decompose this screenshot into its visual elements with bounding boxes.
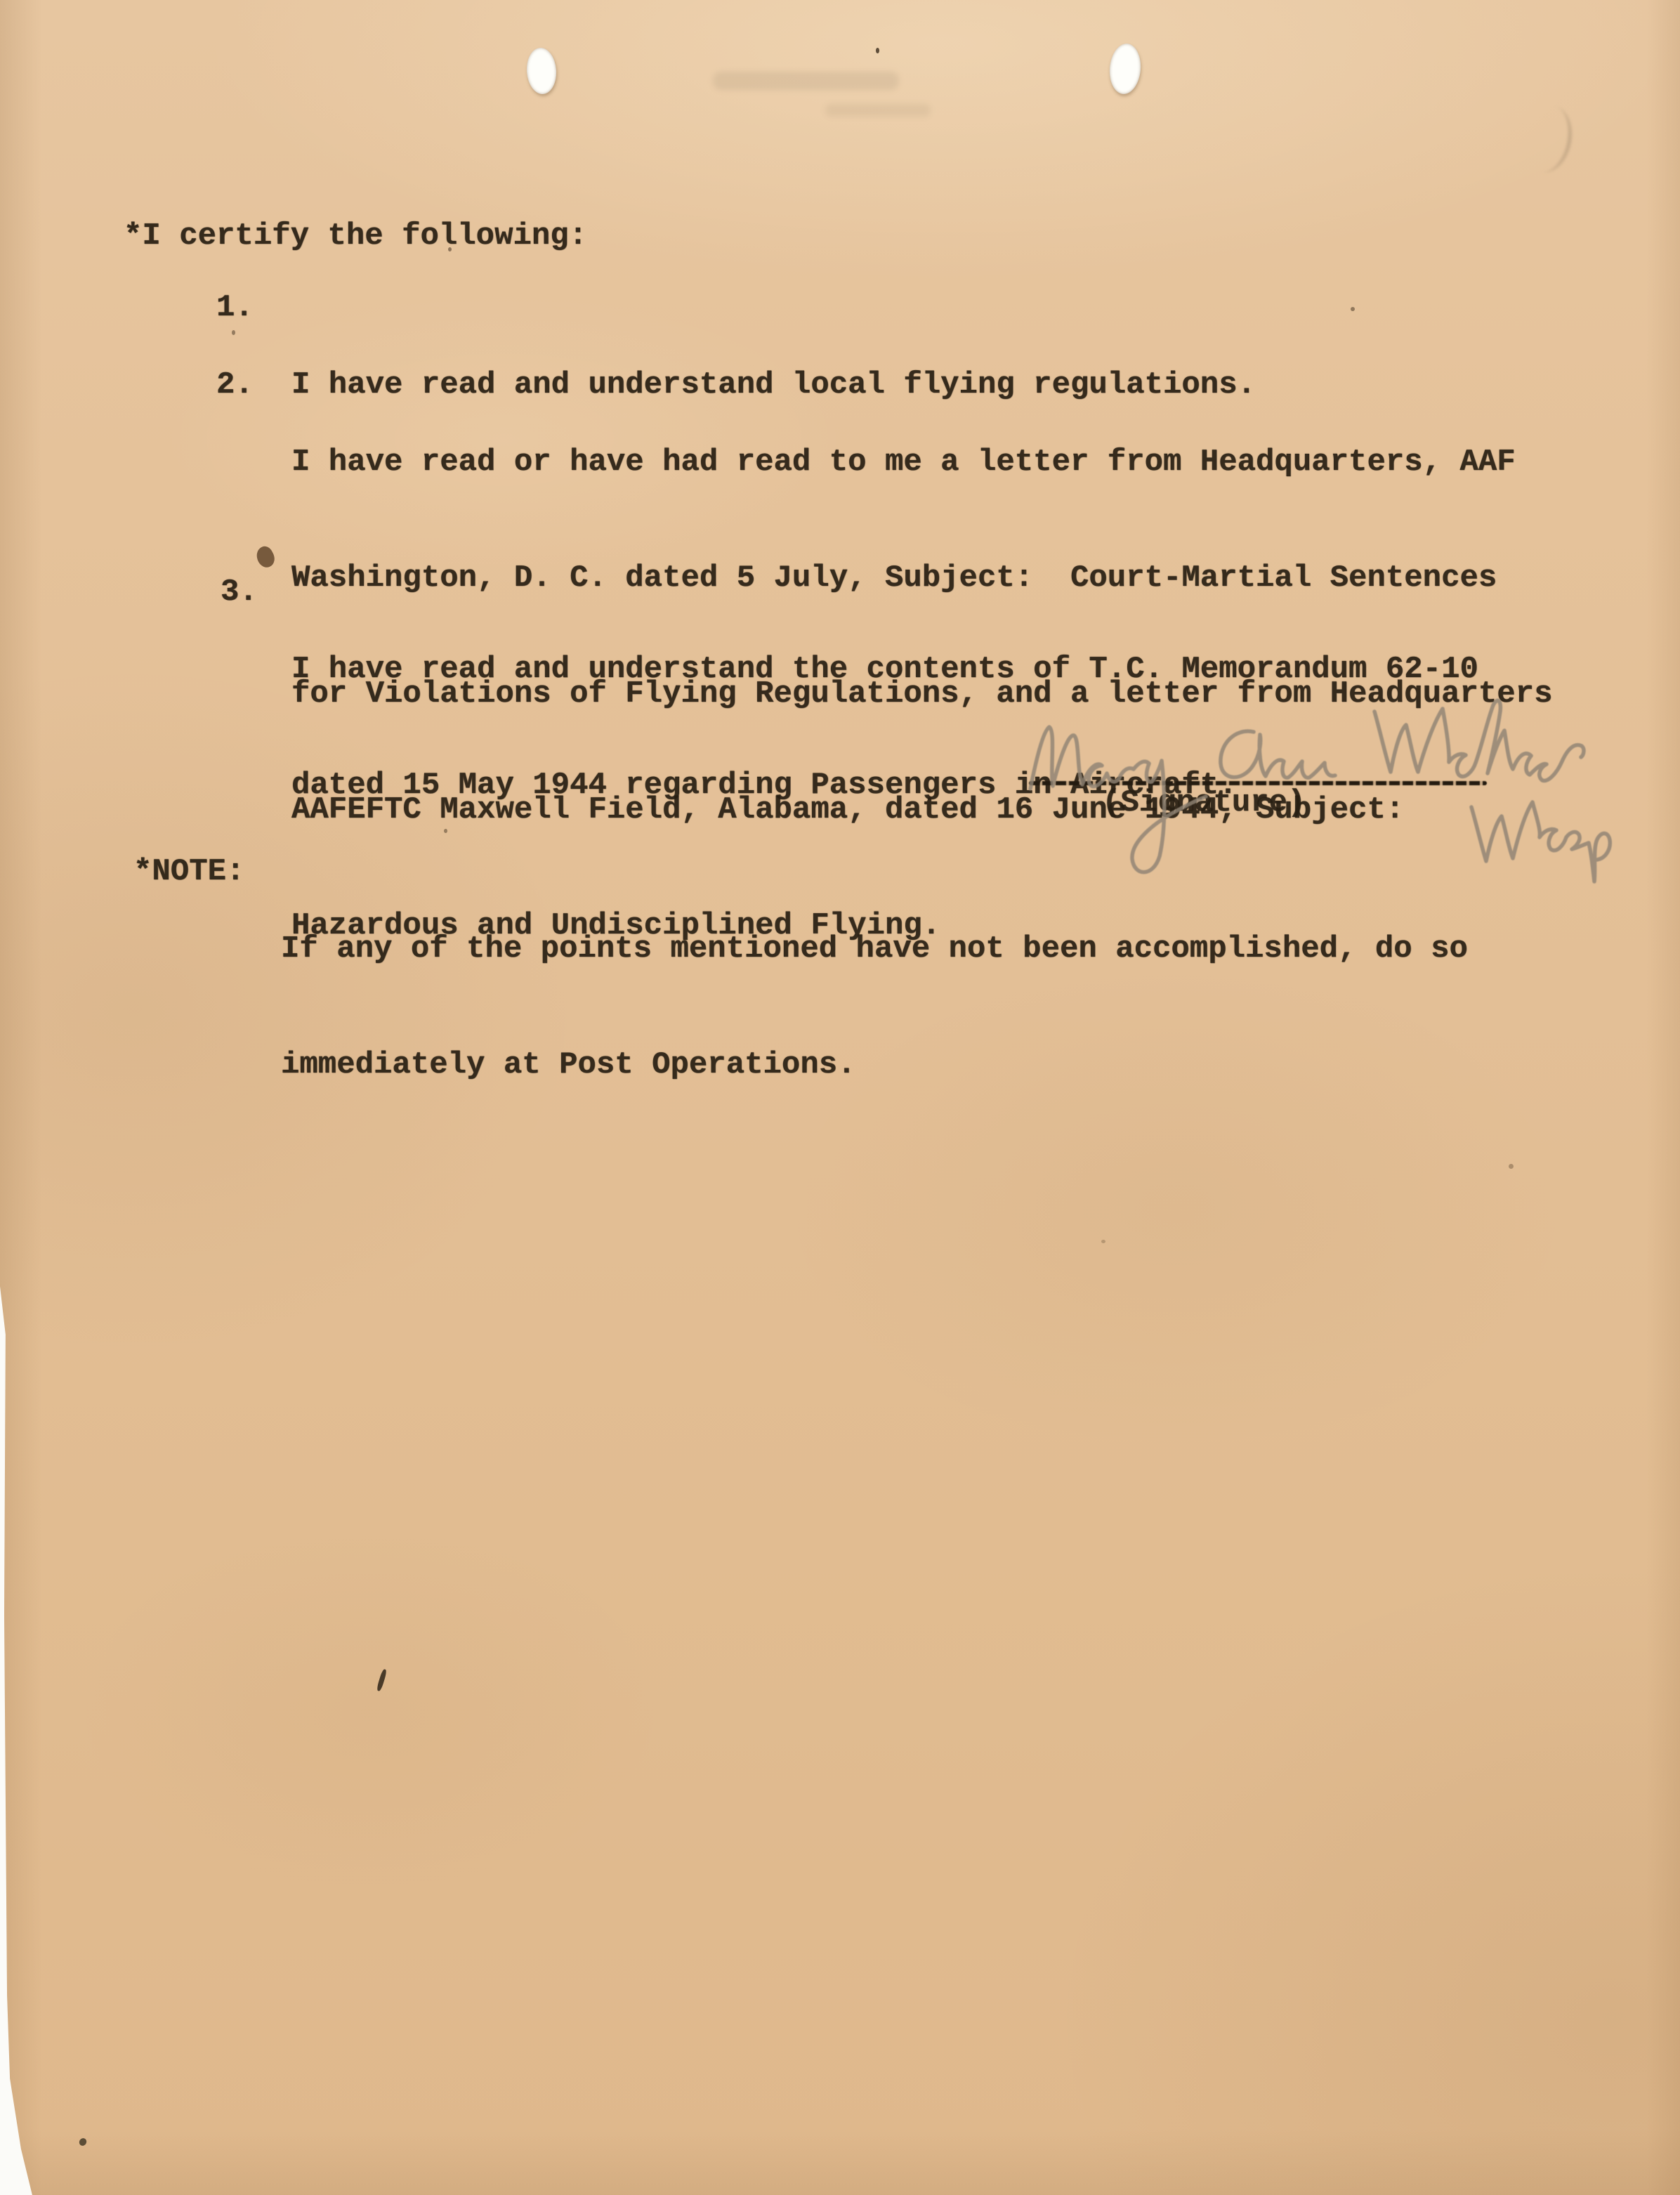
signature-title-text: WASP [0,0,1,1]
ink-speck [876,48,879,53]
bleedthrough-smudge [713,72,899,90]
signature-name-text: Mary Ann Walker [0,0,1,1]
item-1-number: 1. [216,289,254,327]
dust-speck [1101,1240,1105,1243]
scanned-document-page: *I certify the following: 1. I have read… [0,0,1680,2195]
dust-speck [448,247,452,251]
note-text: If any of the points mentioned have not … [281,853,1468,1162]
item-2-number: 2. [216,366,254,405]
item-2-line: I have read or have had read to me a let… [291,443,1553,482]
punch-hole-left [525,47,558,96]
item-3-number: 3. [221,573,258,612]
note-label: *NOTE: [133,853,244,891]
dust-speck [1351,307,1355,311]
dust-speck [444,829,447,833]
dust-speck [232,330,235,335]
ink-stroke [376,1669,387,1692]
pencil-smudge [1518,101,1577,177]
punch-hole-right [1108,42,1143,96]
certify-heading: *I certify the following: [124,217,587,256]
signature-name-stroke [1030,700,1584,872]
ink-speck [78,2137,88,2147]
note-line: If any of the points mentioned have not … [281,930,1468,969]
signature-title-stroke [1471,802,1610,882]
paper-sheet: *I certify the following: 1. I have read… [0,0,1680,2195]
dust-speck [1509,1164,1514,1169]
ink-blob [253,544,277,570]
bleedthrough-smudge [825,104,931,117]
note-line: immediately at Post Operations. [281,1046,1468,1085]
